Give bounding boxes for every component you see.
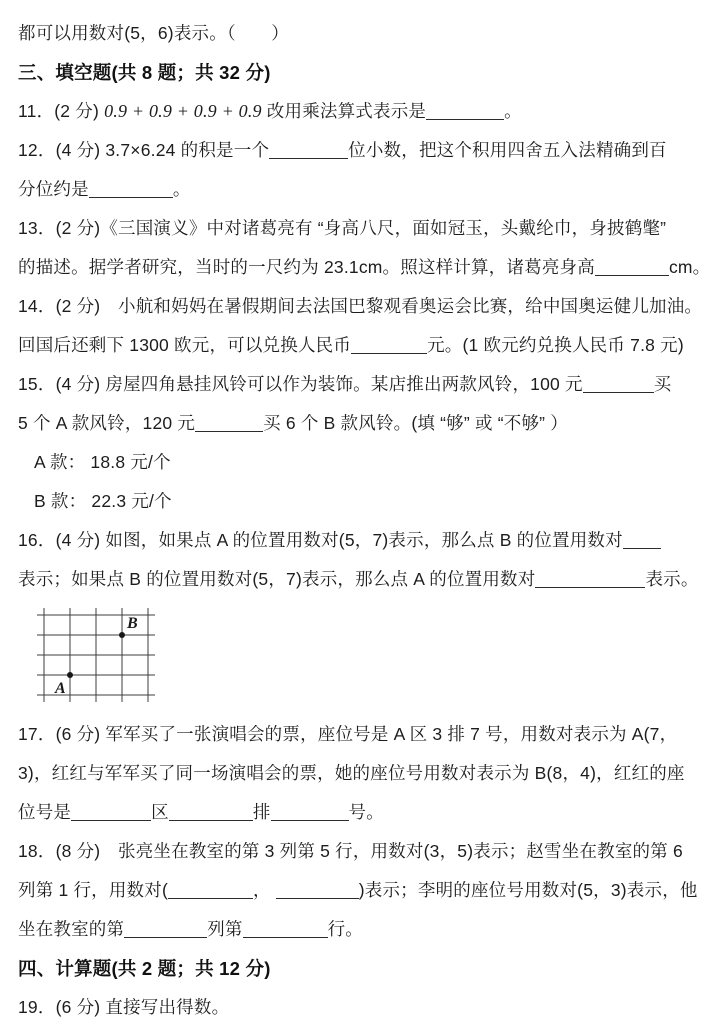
q17-line-3: 位号是区排号。 xyxy=(18,793,708,832)
text-run: 回国后还剩下 1300 欧元，可以兑换人民币 xyxy=(18,335,351,355)
text-run: 列第 xyxy=(207,919,242,939)
math-expression: 0.9 + 0.9 + 0.9 + 0.9 xyxy=(104,101,262,121)
document-body: 都可以用数对(5，6)表示。（ ）三、填空题(共 8 题；共 32 分)11．(… xyxy=(18,14,708,1024)
text-run: 分位约是 xyxy=(18,179,89,199)
answer-blank xyxy=(271,805,349,821)
q16-grid-figure: AB xyxy=(18,599,708,715)
text-run: 19．(6 分) 直接写出得数。 xyxy=(18,997,229,1017)
answer-blank xyxy=(195,416,263,432)
text-run: 12．(4 分) 3.7×6.24 的积是一个 xyxy=(18,140,269,160)
text-run: 元。(1 欧元约兑换人民币 7.8 元) xyxy=(427,335,684,355)
answer-blank xyxy=(168,883,253,899)
grid-point-label-B: B xyxy=(126,615,138,632)
section-3-heading: 三、填空题(共 8 题；共 32 分) xyxy=(18,53,708,92)
text-run: 16．(4 分) 如图，如果点 A 的位置用数对(5，7)表示，那么点 B 的位… xyxy=(18,530,623,550)
text-run: 14．(2 分) 小航和妈妈在暑假期间去法国巴黎观看奥运会比赛，给中国奥运健儿加… xyxy=(18,296,702,316)
q11-line: 11．(2 分) 0.9 + 0.9 + 0.9 + 0.9 改用乘法算式表示是… xyxy=(18,92,708,131)
answer-blank xyxy=(426,104,504,120)
answer-blank xyxy=(583,377,654,393)
text-run: 行。 xyxy=(328,919,363,939)
answer-blank xyxy=(243,922,328,938)
answer-blank xyxy=(169,805,253,821)
q17-line-2: 3)，红红与军军买了同一场演唱会的票，她的座位号用数对表示为 B(8，4)，红红… xyxy=(18,754,708,793)
text-run: 四、计算题(共 2 题；共 12 分) xyxy=(18,958,271,979)
text-run: 的描述。据学者研究，当时的一尺约为 23.1cm。照这样计算，诸葛亮身高 xyxy=(18,257,595,277)
text-run: ， xyxy=(253,880,276,900)
answer-blank xyxy=(595,260,669,276)
grid-point-B xyxy=(119,632,125,638)
text-run: A 款： 18.8 元/个 xyxy=(34,452,171,472)
q12-line-1: 12．(4 分) 3.7×6.24 的积是一个位小数，把这个积用四舍五入法精确到… xyxy=(18,131,708,170)
text-run: 13．(2 分)《三国演义》中对诸葛亮有 “身高八尺，面如冠玉，头戴纶巾，身披鹤… xyxy=(18,218,666,238)
text-run: 三、填空题(共 8 题；共 32 分) xyxy=(18,62,271,83)
text-run: )表示；李明的座位号用数对(5，3)表示，他 xyxy=(359,880,698,900)
answer-blank xyxy=(623,533,661,549)
text-run: 11．(2 分) xyxy=(18,101,104,121)
q14-line-2: 回国后还剩下 1300 欧元，可以兑换人民币元。(1 欧元约兑换人民币 7.8 … xyxy=(18,326,708,365)
grid-point-A xyxy=(67,672,73,678)
text-run: B 款： 22.3 元/个 xyxy=(34,491,172,511)
text-run: 18．(8 分) 张亮坐在教室的第 3 列第 5 行，用数对(3，5)表示；赵雪… xyxy=(18,841,683,861)
grid-point-label-A: A xyxy=(54,680,66,697)
text-run: 都可以用数对(5，6)表示。（ ） xyxy=(18,23,289,43)
q15-price-a: A 款： 18.8 元/个 xyxy=(18,443,708,482)
text-run: 表示。 xyxy=(645,569,698,589)
answer-blank xyxy=(535,572,645,588)
q14-line-1: 14．(2 分) 小航和妈妈在暑假期间去法国巴黎观看奥运会比赛，给中国奥运健儿加… xyxy=(18,287,708,326)
q18-line-3: 坐在教室的第列第行。 xyxy=(18,910,708,949)
text-run: 排 xyxy=(253,802,271,822)
answer-blank xyxy=(351,338,427,354)
q19-line: 19．(6 分) 直接写出得数。 xyxy=(18,988,708,1024)
text-run: 列第 1 行，用数对( xyxy=(18,880,168,900)
q18-line-1: 18．(8 分) 张亮坐在教室的第 3 列第 5 行，用数对(3，5)表示；赵雪… xyxy=(18,832,708,871)
text-run: 买 6 个 B 款风铃。(填 “够” 或 “不够” ） xyxy=(263,413,568,433)
q16-line-1: 16．(4 分) 如图，如果点 A 的位置用数对(5，7)表示，那么点 B 的位… xyxy=(18,521,708,560)
text-run: 号。 xyxy=(349,802,384,822)
q10-statement-tail: 都可以用数对(5，6)表示。（ ） xyxy=(18,14,708,53)
text-run: 坐在教室的第 xyxy=(18,919,124,939)
text-run: 买 xyxy=(654,374,672,394)
q17-line-1: 17．(6 分) 军军买了一张演唱会的票，座位号是 A 区 3 排 7 号，用数… xyxy=(18,715,708,754)
q18-line-2: 列第 1 行，用数对(， )表示；李明的座位号用数对(5，3)表示，他 xyxy=(18,871,708,910)
answer-blank xyxy=(124,922,207,938)
q15-price-b: B 款： 22.3 元/个 xyxy=(18,482,708,521)
answer-blank xyxy=(276,883,359,899)
text-run: 表示；如果点 B 的位置用数对(5，7)表示，那么点 A 的位置用数对 xyxy=(18,569,535,589)
answer-blank xyxy=(89,182,173,198)
q16-line-2: 表示；如果点 B 的位置用数对(5，7)表示，那么点 A 的位置用数对表示。 xyxy=(18,560,708,599)
text-run: 位小数，把这个积用四舍五入法精确到百 xyxy=(348,140,667,160)
answer-blank xyxy=(71,805,151,821)
text-run: 15．(4 分) 房屋四角悬挂风铃可以作为装饰。某店推出两款风铃，100 元 xyxy=(18,374,583,394)
text-run: cm。 xyxy=(669,257,710,277)
grid-figure-svg: AB xyxy=(30,603,172,707)
text-run: 17．(6 分) 军军买了一张演唱会的票，座位号是 A 区 3 排 7 号，用数… xyxy=(18,724,677,744)
q13-line-1: 13．(2 分)《三国演义》中对诸葛亮有 “身高八尺，面如冠玉，头戴纶巾，身披鹤… xyxy=(18,209,708,248)
q15-line-2: 5 个 A 款风铃，120 元买 6 个 B 款风铃。(填 “够” 或 “不够”… xyxy=(18,404,708,443)
text-run: 5 个 A 款风铃，120 元 xyxy=(18,413,195,433)
text-run: 改用乘法算式表示是 xyxy=(262,101,426,121)
q13-line-2: 的描述。据学者研究，当时的一尺约为 23.1cm。照这样计算，诸葛亮身高cm。 xyxy=(18,248,708,287)
answer-blank xyxy=(269,143,348,159)
text-run: 区 xyxy=(151,802,169,822)
text-run: 。 xyxy=(504,101,522,121)
q15-line-1: 15．(4 分) 房屋四角悬挂风铃可以作为装饰。某店推出两款风铃，100 元买 xyxy=(18,365,708,404)
text-run: 3)，红红与军军买了同一场演唱会的票，她的座位号用数对表示为 B(8，4)，红红… xyxy=(18,763,685,783)
exam-page: 都可以用数对(5，6)表示。（ ）三、填空题(共 8 题；共 32 分)11．(… xyxy=(0,0,724,1024)
text-run: 。 xyxy=(173,179,191,199)
section-4-heading: 四、计算题(共 2 题；共 12 分) xyxy=(18,949,708,988)
text-run: 位号是 xyxy=(18,802,71,822)
q12-line-2: 分位约是。 xyxy=(18,170,708,209)
